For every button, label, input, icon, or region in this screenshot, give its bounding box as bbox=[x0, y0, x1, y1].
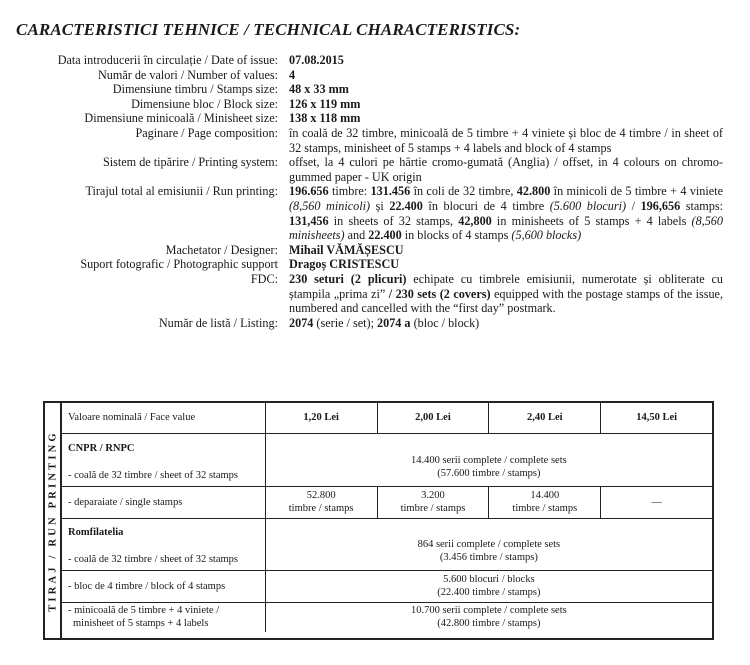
spec-label: Suport fotografic / Photographic support bbox=[0, 257, 289, 272]
value-line: 14.400 bbox=[495, 489, 594, 502]
spec-label: Număr de listă / Listing: bbox=[0, 316, 289, 331]
spec-label: Paginare / Page composition: bbox=[0, 126, 289, 155]
spec-minisheet-size: Dimensiune minicoală / Minisheet size: 1… bbox=[0, 111, 750, 126]
table-row-cnpr-single: - deparaiate / single stamps 52.800 timb… bbox=[62, 486, 712, 518]
romfilatelia-sheet-label-cell: Romfilatelia - coală de 32 timbre / shee… bbox=[62, 518, 265, 570]
spec-label: Dimensiune bloc / Block size: bbox=[0, 97, 289, 112]
label-line: minisheet of 5 stamps + 4 labels bbox=[68, 617, 259, 630]
spec-date-of-issue: Data introducerii în circulație / Date o… bbox=[0, 53, 750, 68]
value-line: (42.800 timbre / stamps) bbox=[272, 617, 706, 630]
spec-value: 48 x 33 mm bbox=[289, 82, 723, 97]
table-row-romfilatelia-minisheet: - minicoală de 5 timbre + 4 viniete / mi… bbox=[62, 602, 712, 632]
spec-block-size: Dimensiune bloc / Block size: 126 x 119 … bbox=[0, 97, 750, 112]
run-table: Valoare nominală / Face value 1,20 Lei 2… bbox=[62, 403, 712, 632]
single-value-1: 52.800 timbre / stamps bbox=[265, 486, 377, 518]
spec-label: Data introducerii în circulație / Date o… bbox=[0, 53, 289, 68]
label-line: - minicoală de 5 timbre + 4 viniete / bbox=[68, 604, 259, 617]
value-line: 3.200 bbox=[384, 489, 483, 502]
spec-label: Tirajul total al emisiunii / Run printin… bbox=[0, 184, 289, 242]
spec-label: Dimensiune timbru / Stamps size: bbox=[0, 82, 289, 97]
single-value-3: 14.400 timbre / stamps bbox=[489, 486, 601, 518]
value-line: 14.400 serii complete / complete sets bbox=[272, 454, 706, 467]
spec-value: Dragoș CRISTESCU bbox=[289, 257, 723, 272]
spec-value: Mihail VĂMĂȘESCU bbox=[289, 243, 723, 258]
spec-number-of-values: Număr de valori / Number of values: 4 bbox=[0, 68, 750, 83]
value-line: timbre / stamps bbox=[384, 502, 483, 515]
spec-run-printing: Tirajul total al emisiunii / Run printin… bbox=[0, 184, 750, 242]
face-value-1: 1,20 Lei bbox=[265, 403, 377, 433]
value-line: — bbox=[607, 496, 706, 509]
spec-printing-system: Sistem de tipărire / Printing system: of… bbox=[0, 155, 750, 184]
value-line: timbre / stamps bbox=[272, 502, 371, 515]
cnpr-sheet-label: - coală de 32 timbre / sheet of 32 stamp… bbox=[68, 470, 238, 481]
cnpr-sheet-value: 14.400 serii complete / complete sets (5… bbox=[265, 433, 712, 486]
spec-label: Număr de valori / Number of values: bbox=[0, 68, 289, 83]
spec-value: 230 seturi (2 plicuri) echipate cu timbr… bbox=[289, 272, 723, 316]
value-line: 52.800 bbox=[272, 489, 371, 502]
spec-value: 138 x 118 mm bbox=[289, 111, 723, 126]
table-row-romfilatelia-sheet: Romfilatelia - coală de 32 timbre / shee… bbox=[62, 518, 712, 570]
spec-value: 07.08.2015 bbox=[289, 53, 723, 68]
face-value-2: 2,00 Lei bbox=[377, 403, 489, 433]
side-label-text: TIRAJ / RUN PRINTING bbox=[47, 430, 58, 612]
page-title: CARACTERISTICI TEHNICE / TECHNICAL CHARA… bbox=[16, 20, 520, 40]
value-line: 5.600 blocuri / blocks bbox=[272, 573, 706, 586]
spec-page-composition: Paginare / Page composition: în coală de… bbox=[0, 126, 750, 155]
spec-label: FDC: bbox=[0, 272, 289, 316]
spec-value: 196.656 timbre: 131.456 în coli de 32 ti… bbox=[289, 184, 723, 242]
spec-label: Dimensiune minicoală / Minisheet size: bbox=[0, 111, 289, 126]
romfilatelia-minisheet-label: - minicoală de 5 timbre + 4 viniete / mi… bbox=[62, 602, 265, 632]
value-line: timbre / stamps bbox=[495, 502, 594, 515]
spec-listing: Număr de listă / Listing: 2074 (serie / … bbox=[0, 316, 750, 331]
table-row-face-value: Valoare nominală / Face value 1,20 Lei 2… bbox=[62, 403, 712, 433]
cnpr-title: CNPR / RNPC bbox=[68, 442, 259, 455]
spec-label: Machetator / Designer: bbox=[0, 243, 289, 258]
side-label: TIRAJ / RUN PRINTING bbox=[45, 403, 62, 638]
single-value-4: — bbox=[601, 486, 712, 518]
cnpr-single-label: - deparaiate / single stamps bbox=[62, 486, 265, 518]
romfilatelia-block-label: - bloc de 4 timbre / block of 4 stamps bbox=[62, 570, 265, 602]
spec-fdc: FDC: 230 seturi (2 plicuri) echipate cu … bbox=[0, 272, 750, 316]
value-line: 864 serii complete / complete sets bbox=[272, 538, 706, 551]
spec-photographic-support: Suport fotografic / Photographic support… bbox=[0, 257, 750, 272]
romfilatelia-sheet-value: 864 serii complete / complete sets (3.45… bbox=[265, 518, 712, 570]
value-line: (57.600 timbre / stamps) bbox=[272, 467, 706, 480]
face-value-3: 2,40 Lei bbox=[489, 403, 601, 433]
romfilatelia-sheet-label: - coală de 32 timbre / sheet of 32 stamp… bbox=[68, 554, 238, 565]
value-line: 10.700 serii complete / complete sets bbox=[272, 604, 706, 617]
run-printing-table: TIRAJ / RUN PRINTING Valoare nominală / … bbox=[43, 401, 714, 640]
spec-label: Sistem de tipărire / Printing system: bbox=[0, 155, 289, 184]
spec-value: 126 x 119 mm bbox=[289, 97, 723, 112]
spec-stamps-size: Dimensiune timbru / Stamps size: 48 x 33… bbox=[0, 82, 750, 97]
spec-value: 4 bbox=[289, 68, 723, 83]
single-value-2: 3.200 timbre / stamps bbox=[377, 486, 489, 518]
spec-value: offset, la 4 culori pe hârtie cromo-guma… bbox=[289, 155, 723, 184]
romfilatelia-block-value: 5.600 blocuri / blocks (22.400 timbre / … bbox=[265, 570, 712, 602]
table-row-cnpr-sheet: CNPR / RNPC - coală de 32 timbre / sheet… bbox=[62, 433, 712, 486]
cnpr-sheet-label-cell: CNPR / RNPC - coală de 32 timbre / sheet… bbox=[62, 433, 265, 486]
table-row-romfilatelia-block: - bloc de 4 timbre / block of 4 stamps 5… bbox=[62, 570, 712, 602]
spec-designer: Machetator / Designer: Mihail VĂMĂȘESCU bbox=[0, 243, 750, 258]
face-value-label: Valoare nominală / Face value bbox=[62, 403, 265, 433]
romfilatelia-title: Romfilatelia bbox=[68, 526, 259, 539]
value-line: (3.456 timbre / stamps) bbox=[272, 551, 706, 564]
value-line: (22.400 timbre / stamps) bbox=[272, 586, 706, 599]
spec-value: în coală de 32 timbre, minicoală de 5 ti… bbox=[289, 126, 723, 155]
spec-value: 2074 (serie / set); 2074 a (bloc / block… bbox=[289, 316, 723, 331]
technical-specs: Data introducerii în circulație / Date o… bbox=[0, 53, 750, 330]
romfilatelia-minisheet-value: 10.700 serii complete / complete sets (4… bbox=[265, 602, 712, 632]
face-value-4: 14,50 Lei bbox=[601, 403, 712, 433]
